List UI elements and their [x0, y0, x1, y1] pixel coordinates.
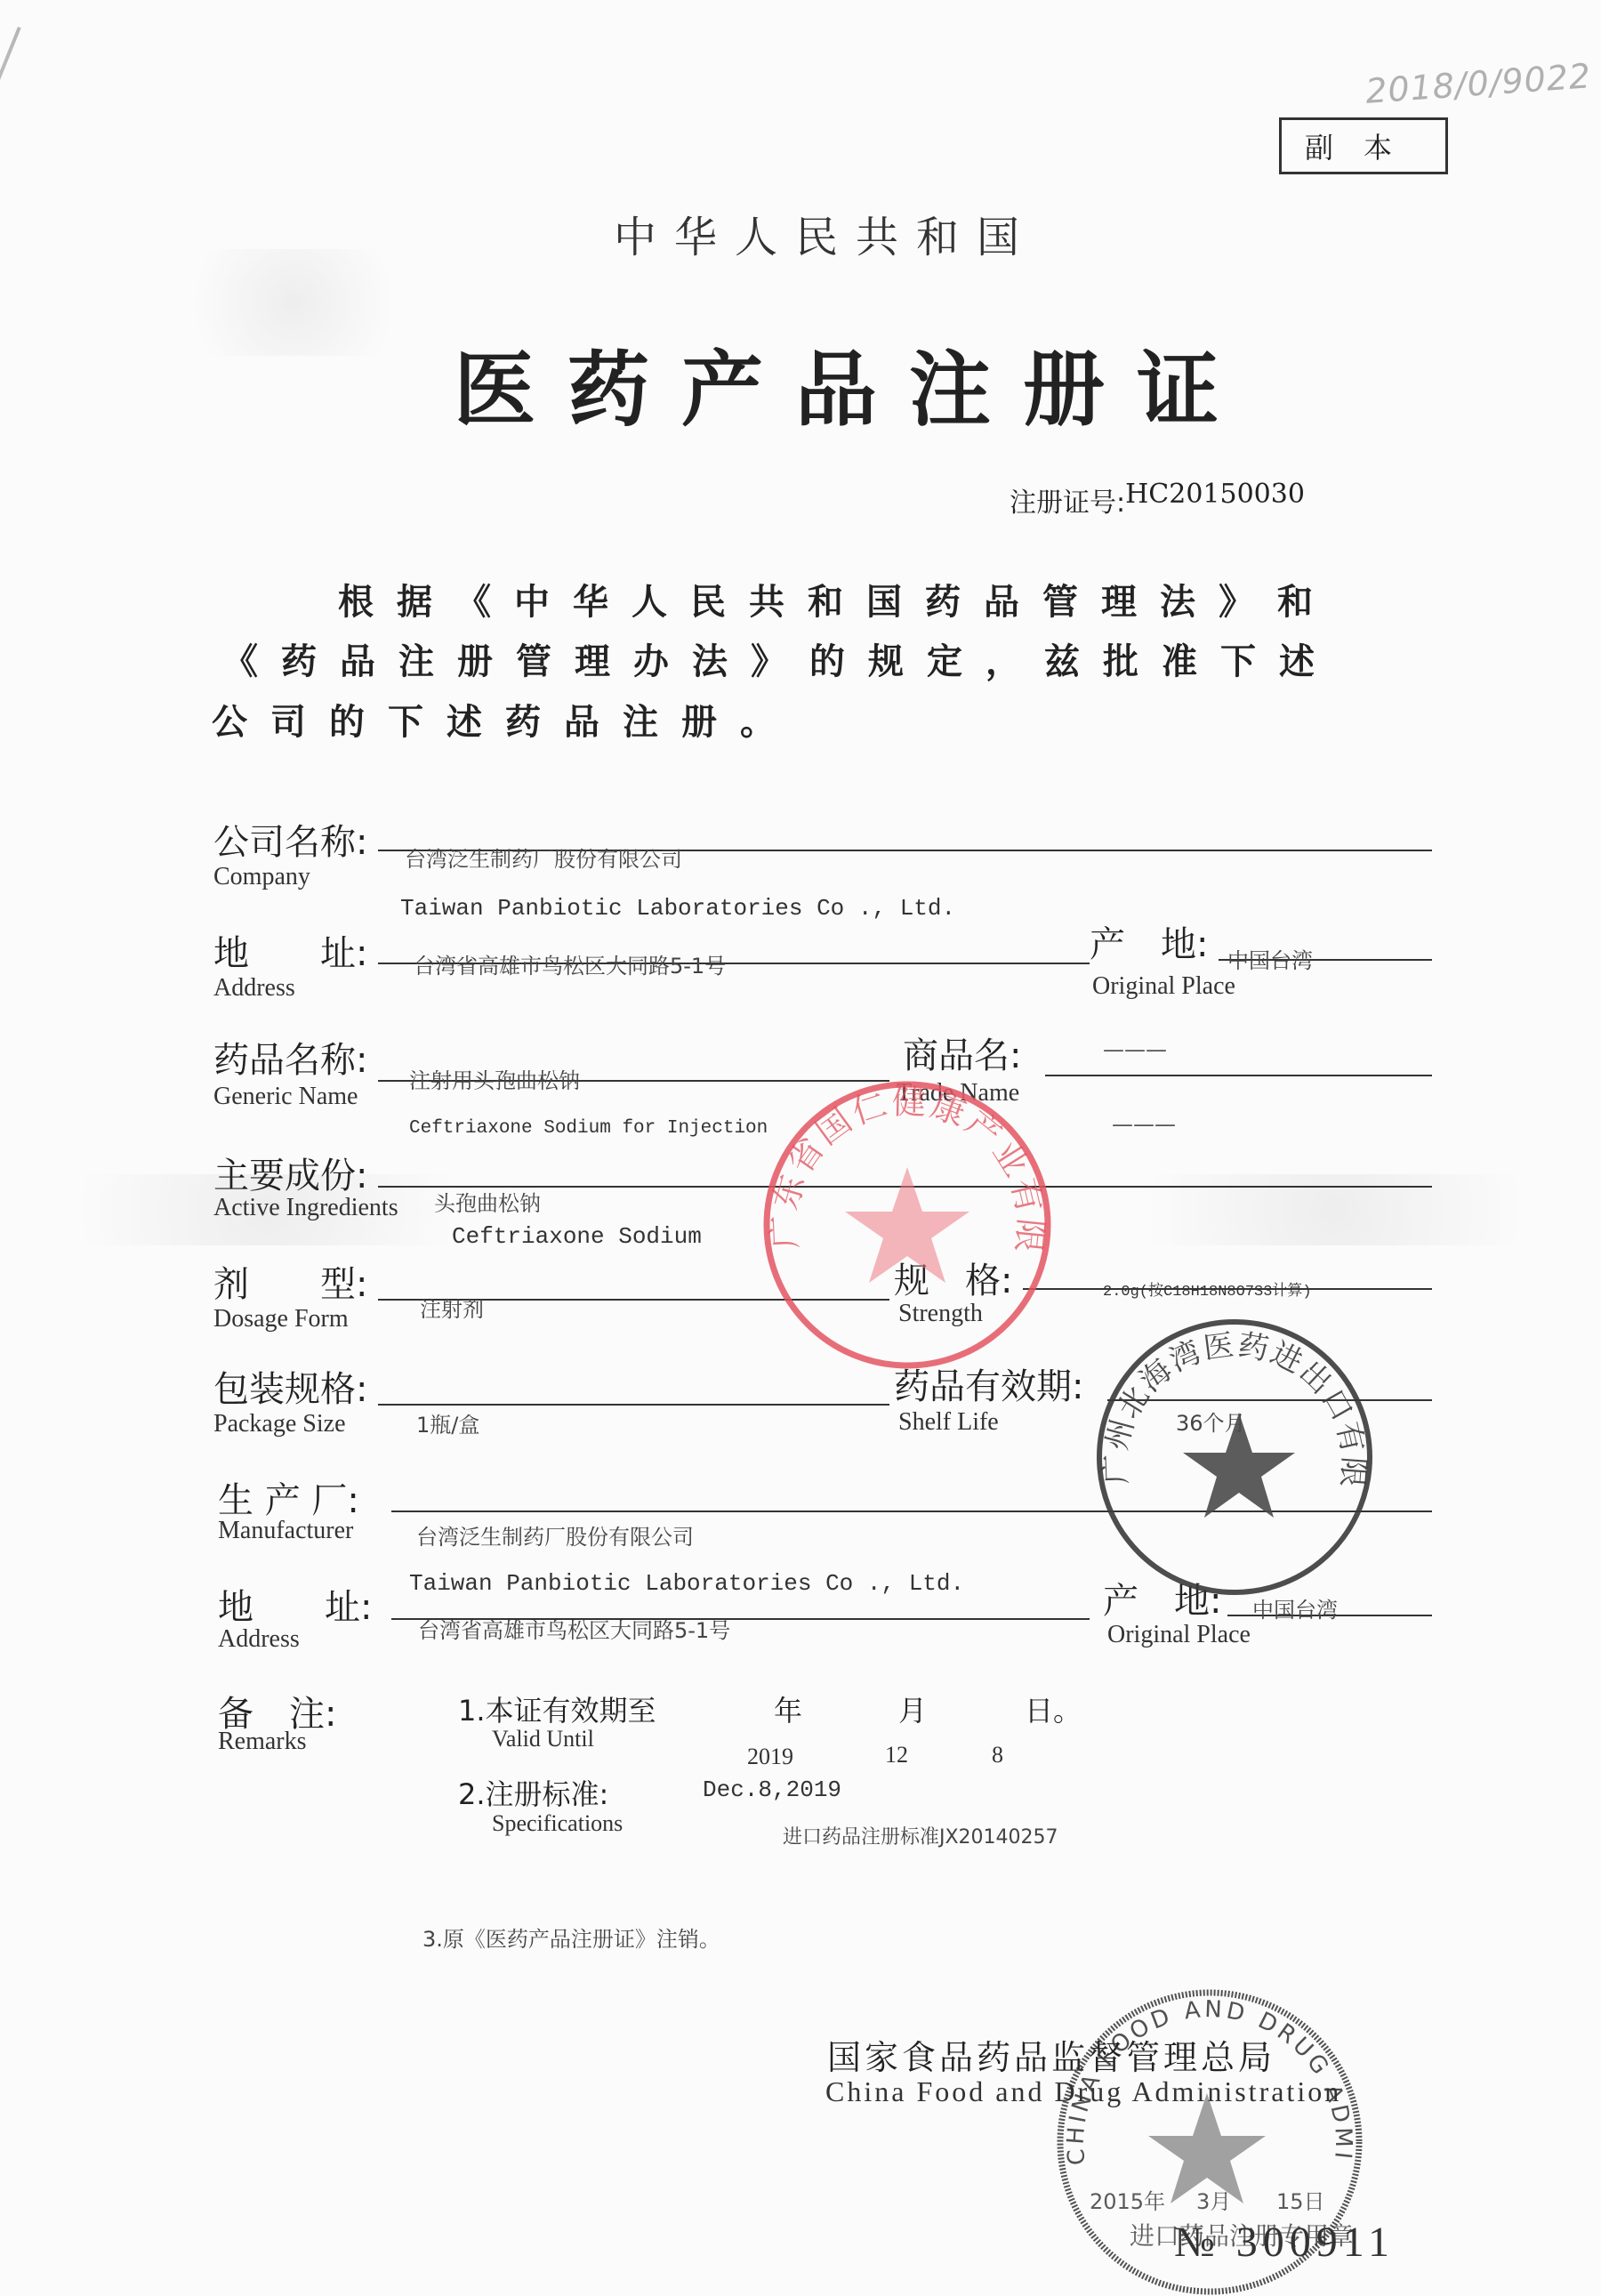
active-ingredients-label-cn: 主要成份: [213, 1148, 367, 1198]
scan-noise [160, 249, 427, 356]
remark-item3: 3.原《医药产品注册证》注销。 [422, 1921, 720, 1953]
remark-item1-year-label: 年 [774, 1688, 802, 1729]
original-place-value: 中国台湾 [1227, 943, 1313, 974]
remark-item1-en: Valid Until [492, 1726, 594, 1752]
valid-year: 2019 [747, 1744, 793, 1770]
registration-number: 注册证号:HC20150030 [1010, 480, 1305, 520]
remark-item1-day-label: 日。 [1025, 1688, 1082, 1729]
company-value-en: Taiwan Panbiotic Laboratories Co ., Ltd. [400, 895, 955, 922]
generic-name-value-cn: 注射用头孢曲松钠 [409, 1063, 580, 1094]
trade-name-underline [1045, 1075, 1432, 1076]
dosage-form-label-en: Dosage Form [213, 1305, 349, 1333]
registration-number-label: 注册证号: [1010, 487, 1125, 519]
manufacturer-address-label-cn: 地 址: [218, 1579, 372, 1630]
official-cfda-seal: CHINA FOOD AND DRUG ADMINISTRATION 2015年… [1054, 1986, 1365, 2296]
generic-name-label-cn: 药品名称: [213, 1032, 367, 1083]
trade-name-value-en: ——— [1112, 1112, 1176, 1137]
package-size-label-cn: 包装规格: [213, 1361, 367, 1412]
generic-name-label-en: Generic Name [213, 1083, 358, 1111]
valid-month: 12 [885, 1742, 908, 1768]
cfda-seal-day: 15日 [1276, 2189, 1325, 2214]
trade-name-label-cn: 商品名: [903, 1027, 1021, 1078]
active-ingredients-value-cn: 头孢曲松钠 [434, 1186, 541, 1217]
address-label-cn: 地 址: [213, 925, 367, 976]
strength-value: 2.0g(按C18H18N8O7S3计算) [1103, 1277, 1312, 1301]
handwritten-note: 2018/0/9022 [1364, 56, 1593, 111]
company-label-cn: 公司名称: [213, 814, 367, 865]
address-label-en: Address [213, 974, 295, 1003]
manufacturer-value: 台湾泛生制药厂股份有限公司 [416, 1519, 694, 1551]
preamble-line-1: 根据《中华人民共和国药品管理法》和 [338, 574, 1336, 624]
shelf-life-label-en: Shelf Life [898, 1408, 999, 1437]
company-red-seal: 广东省国仁健康产业有限公司 质量管理部 [760, 1078, 1054, 1372]
certificate-page: 2018/0/9022 副本 中华人民共和国 医药产品注册证 注册证号:HC20… [0, 0, 1601, 2296]
package-size-label-en: Package Size [213, 1410, 346, 1438]
copy-mark-box: 副本 [1279, 117, 1448, 174]
manufacturer-label-en: Manufacturer [218, 1517, 353, 1545]
remark-item1-cn: 1.本证有效期至 [458, 1688, 656, 1729]
valid-day: 8 [992, 1742, 1003, 1768]
preamble-line-2: 《药品注册管理办法》的规定，兹批准下述 [222, 633, 1338, 684]
address-value-cn: 台湾省高雄市鸟松区大同路5-1号 [414, 948, 726, 979]
remark-item1-month-label: 月 [898, 1688, 927, 1729]
manufacturer-address-value-en: Taiwan Panbiotic Laboratories Co ., Ltd. [409, 1570, 964, 1597]
active-ingredients-label-en: Active Ingredients [213, 1194, 398, 1222]
dosage-form-label-cn: 剂 型: [213, 1256, 367, 1307]
manufacturer-address-label-en: Address [218, 1625, 300, 1654]
cfda-seal-month: 3月 [1196, 2189, 1231, 2214]
trade-name-value-cn: ——— [1103, 1037, 1167, 1062]
original-place-label-en: Original Place [1092, 972, 1235, 1001]
qa-seal: 广州北海湾医药进出口有限公司 质量管理专用章 [1092, 1315, 1377, 1599]
generic-name-value-en: Ceftriaxone Sodium for Injection [409, 1118, 768, 1139]
manufacturer-address-value-cn: 台湾省高雄市鸟松区大同路5-1号 [418, 1613, 730, 1644]
active-ingredients-value-en: Ceftriaxone Sodium [452, 1223, 702, 1250]
cfda-seal-year: 2015年 [1090, 2189, 1165, 2214]
company-value-cn: 台湾泛生制药厂股份有限公司 [405, 842, 682, 873]
remark-item2-en: Specifications [492, 1810, 623, 1837]
original-place-label-cn: 产 地: [1090, 916, 1208, 967]
country-heading: 中华人民共和国 [614, 203, 1037, 264]
package-size-value: 1瓶/盒 [416, 1407, 479, 1438]
valid-until-en: Dec.8,2019 [703, 1776, 841, 1803]
package-size-underline [378, 1404, 889, 1406]
company-label-en: Company [213, 863, 310, 891]
manufacturer-original-place-label-en: Original Place [1107, 1621, 1251, 1649]
dosage-form-value: 注射剂 [420, 1292, 484, 1323]
certificate-title: 医药产品注册证 [454, 325, 1251, 442]
remark-item2-cn: 2.注册标准: [458, 1772, 608, 1813]
scan-noise [1067, 1174, 1601, 1245]
preamble-line-3: 公司的下述药品注册。 [212, 694, 799, 745]
registration-number-value: HC20150030 [1125, 479, 1305, 510]
scan-fold-line [0, 27, 21, 342]
cfda-seal-purpose: 进口药品注册专用章 [1130, 2221, 1354, 2251]
manufacturer-label-cn: 生 产 厂: [218, 1472, 359, 1523]
remarks-label-en: Remarks [218, 1728, 307, 1756]
specification-value: 进口药品注册标准JX20140257 [783, 1822, 1058, 1849]
